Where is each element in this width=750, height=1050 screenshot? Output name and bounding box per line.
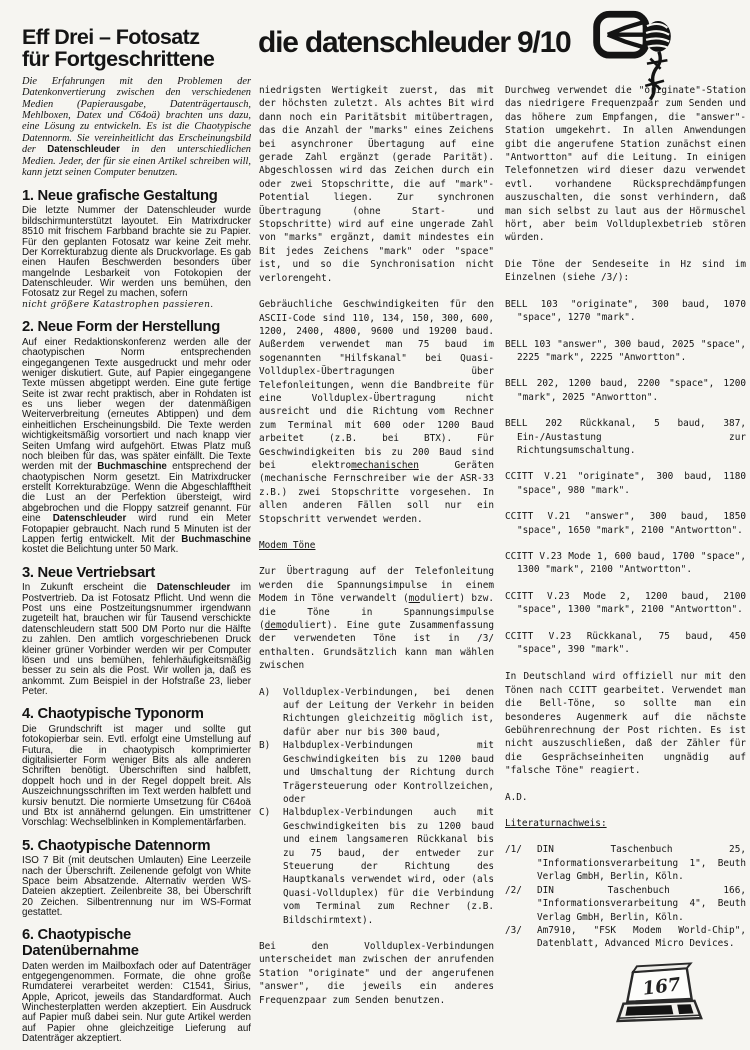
reference-number: /1/ <box>505 843 537 883</box>
duplex-option: A) Vollduplex-Verbindungen, bei denen au… <box>259 686 494 740</box>
reference-number: /3/ <box>505 924 537 951</box>
reference-entry: /3/ Am7910, "FSK Modem World-Chip", Date… <box>505 924 746 951</box>
article-section: 6. Chaotypische Datenübernahme Daten wer… <box>22 928 251 1044</box>
section-body: Auf einer Redaktionskonferenz werden all… <box>22 338 251 556</box>
article-sections: 1. Neue grafische Gestaltung Die letzte … <box>22 189 251 1045</box>
center-column: niedrigsten Wertigkeit zuerst, das mit d… <box>259 84 494 1020</box>
reference-text: DIN Taschenbuch 166, "Informationsverarb… <box>537 884 746 924</box>
duplex-option-text: Halbduplex-Verbindungen auch mit Geschwi… <box>283 806 494 927</box>
center-paragraph-3: Zur Übertragung auf der Telefonleitung w… <box>259 565 494 672</box>
duplex-option-text: Vollduplex-Verbindungen, bei denen auf d… <box>283 686 494 740</box>
page-title: die datenschleuder 9/10 <box>258 26 571 60</box>
tone-entry: CCITT V.23 Mode 1, 600 baud, 1700 "space… <box>505 550 746 577</box>
article-intro: Die Erfahrungen mit den Problemen der Da… <box>22 76 251 179</box>
article-section: 4. Chaotypische Typonorm Die Grundschrif… <box>22 707 251 828</box>
section-heading: 6. Chaotypische Datenübernahme <box>22 928 251 959</box>
section-heading: 1. Neue grafische Gestaltung <box>22 189 251 205</box>
article-headline: Eff Drei – Fotosatz für Fortgeschrittene <box>22 26 251 71</box>
magazine-page: Eff Drei – Fotosatz für Fortgeschrittene… <box>0 0 750 1050</box>
tone-entry: CCITT V.21 "originate", 300 baud, 1180 "… <box>505 470 746 497</box>
center-paragraph-2: Gebräuchliche Geschwindigkeiten für den … <box>259 298 494 526</box>
section-body: Die letzte Nummer der Datenschleuder wur… <box>22 206 251 310</box>
reference-text: Am7910, "FSK Modem World-Chip", Datenbla… <box>537 924 746 951</box>
duplex-option-text: Halbduplex-Verbindungen mit Geschwindigk… <box>283 739 494 806</box>
author-initials: A.D. <box>505 791 746 804</box>
center-paragraph-4: Bei den Vollduplex-Verbindungen untersch… <box>259 940 494 1007</box>
reference-number: /2/ <box>505 884 537 924</box>
article-section: 3. Neue Vertriebsart In Zukunft erschein… <box>22 566 251 698</box>
duplex-option: B) Halbduplex-Verbindungen mit Geschwind… <box>259 739 494 806</box>
left-column: Eff Drei – Fotosatz für Fortgeschrittene… <box>22 26 251 1045</box>
reference-entry: /2/ DIN Taschenbuch 166, "Informationsve… <box>505 884 746 924</box>
tone-entry: CCITT V.23 Mode 2, 1200 baud, 2100 "spac… <box>505 590 746 617</box>
modem-toene-heading: Modem Töne <box>259 539 494 552</box>
section-heading: 5. Chaotypische Datennorm <box>22 839 251 855</box>
right-column: Durchweg verwendet die "originate"-Stati… <box>505 84 746 951</box>
headline-line-2: für Fortgeschrittene <box>22 48 251 70</box>
section-heading: 3. Neue Vertriebsart <box>22 566 251 582</box>
duplex-options-list: A) Vollduplex-Verbindungen, bei denen au… <box>259 686 494 927</box>
reference-list: /1/ DIN Taschenbuch 25, "Informationsver… <box>505 843 746 950</box>
reference-entry: /1/ DIN Taschenbuch 25, "Informationsver… <box>505 843 746 883</box>
right-paragraph-2: Die Töne der Sendeseite in Hz sind im Ei… <box>505 258 746 285</box>
article-section: 1. Neue grafische Gestaltung Die letzte … <box>22 189 251 310</box>
center-paragraph-1: niedrigsten Wertigkeit zuerst, das mit d… <box>259 84 494 285</box>
fist <box>645 21 671 52</box>
literature-heading: Literaturnachweis: <box>505 817 746 830</box>
section-body: Daten werden im Mailboxfach oder auf Dat… <box>22 962 251 1045</box>
section-heading: 4. Chaotypische Typonorm <box>22 707 251 723</box>
section-body: In Zukunft erscheint die Datenschleuder … <box>22 583 251 697</box>
reference-text: DIN Taschenbuch 25, "Informationsverarbe… <box>537 843 746 883</box>
duplex-option-label: A) <box>259 686 283 740</box>
section-body: ISO 7 Bit (mit deutschen Umlauten) Eine … <box>22 856 251 918</box>
article-section: 2. Neue Form der Herstellung Auf einer R… <box>22 320 251 555</box>
headline-line-1: Eff Drei – Fotosatz <box>22 26 251 48</box>
tone-entry: BELL 103 "answer", 300 baud, 2025 "space… <box>505 338 746 365</box>
section-body: Die Grundschrift ist mager und sollte gu… <box>22 725 251 829</box>
duplex-option-label: C) <box>259 806 283 927</box>
tone-entry: CCITT V.21 "answer", 300 baud, 1850 "spa… <box>505 510 746 537</box>
duplex-option: C) Halbduplex-Verbindungen auch mit Gesc… <box>259 806 494 927</box>
tone-entry: BELL 202 Rückkanal, 5 baud, 387, Ein-/Au… <box>505 417 746 457</box>
duplex-option-label: B) <box>259 739 283 806</box>
tone-entry: BELL 103 "originate", 300 baud, 1070 "sp… <box>505 298 746 325</box>
tone-entry: CCITT V.23 Rückkanal, 75 baud, 450 "spac… <box>505 630 746 657</box>
tone-entry: BELL 202, 1200 baud, 2200 "space", 1200 … <box>505 377 746 404</box>
right-paragraph-1: Durchweg verwendet die "originate"-Stati… <box>505 84 746 245</box>
computer-page-number-icon: 167 <box>610 960 706 1034</box>
section-heading: 2. Neue Form der Herstellung <box>22 320 251 336</box>
tone-list: BELL 103 "originate", 300 baud, 1070 "sp… <box>505 298 746 657</box>
article-section: 5. Chaotypische Datennorm ISO 7 Bit (mit… <box>22 839 251 919</box>
right-paragraph-3: In Deutschland wird offiziell nur mit de… <box>505 670 746 777</box>
